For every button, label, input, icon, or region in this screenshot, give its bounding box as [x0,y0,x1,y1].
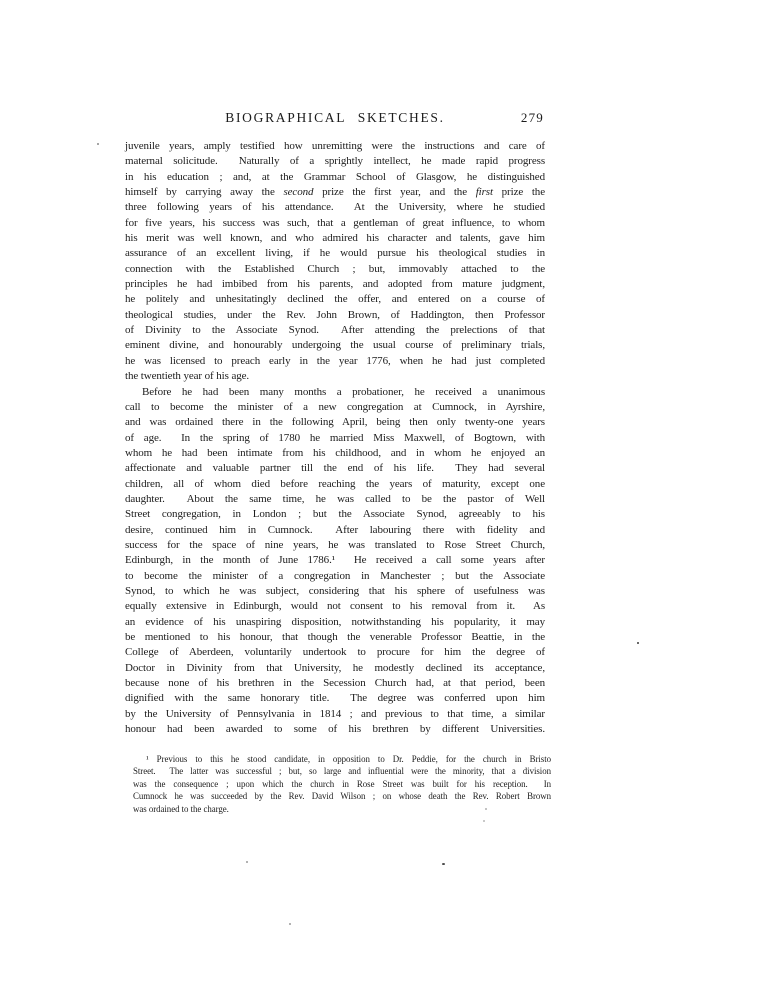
scan-speck [442,863,445,865]
text-line: Before he had been many months a probati… [125,385,545,400]
scan-speck [483,820,485,822]
text-line: himself by carrying away the second priz… [125,185,545,200]
scan-speck [289,923,291,925]
page-number: 279 [521,110,544,126]
book-page: BIOGRAPHICAL SKETCHES. 279 juvenile year… [0,0,782,1000]
text-line: he was licensed to preach early in the y… [125,354,545,369]
text-line: connection with the Established Church ;… [125,262,545,277]
text-line: Doctor in Divinity from that University,… [125,661,545,676]
page-header: BIOGRAPHICAL SKETCHES. 279 [125,110,545,127]
text-line: juvenile years, amply testified how unre… [125,139,545,154]
text-line: honour had been awarded to some of his b… [125,722,545,737]
text-line: theological studies, under the Rev. John… [125,308,545,323]
text-line: the twentieth year of his age. [125,369,545,384]
text-line: of Divinity to the Associate Synod. Afte… [125,323,545,338]
text-line: three following years of his attendance.… [125,200,545,215]
text-line: because none of his brethren in the Sece… [125,676,545,691]
text-line: for five years, his success was such, th… [125,216,545,231]
text-line: Street congregation, in London ; but the… [125,507,545,522]
text-line: Synod, to which he was subject, consider… [125,584,545,599]
text-line: and was ordained there in the following … [125,415,545,430]
text-line: equally extensive in Edinburgh, would no… [125,599,545,614]
scan-speck [246,861,248,863]
text-line: daughter. About the same time, he was ca… [125,492,545,507]
text-line: in his education ; and, at the Grammar S… [125,170,545,185]
text-line: College of Aberdeen, voluntarily underto… [125,645,545,660]
running-title: BIOGRAPHICAL SKETCHES. [125,110,545,126]
footnote: ¹ Previous to this he stood candidate, i… [133,753,551,815]
text-line: an evidence of his unaspiring dispositio… [125,615,545,630]
text-line: was ordained to the charge. [133,803,551,815]
text-line: by the University of Pennsylvania in 181… [125,707,545,722]
text-line: desire, continued him in Cumnock. After … [125,523,545,538]
text-line: his merit was well known, and who admire… [125,231,545,246]
text-line: whom he had been intimate from his child… [125,446,545,461]
text-line: maternal solicitude. Naturally of a spri… [125,154,545,169]
body-text: juvenile years, amply testified how unre… [125,139,545,737]
text-line: principles he had imbibed from his paren… [125,277,545,292]
text-line: dignified with the same honorary title. … [125,691,545,706]
text-line: call to become the minister of a new con… [125,400,545,415]
text-line: Cumnock he was succeeded by the Rev. Dav… [133,790,551,802]
text-line: was the consequence ; upon which the chu… [133,778,551,790]
text-line: Street. The latter was successful ; but,… [133,765,551,777]
text-line: affectionate and valuable partner till t… [125,461,545,476]
text-line: of age. In the spring of 1780 he married… [125,431,545,446]
text-line: eminent divine, and honourably undergoin… [125,338,545,353]
text-line: Edinburgh, in the month of June 1786.¹ H… [125,553,545,568]
scan-speck [97,143,99,145]
text-line: to become the minister of a congregation… [125,569,545,584]
text-line: he politely and unhesitatingly declined … [125,292,545,307]
text-line: ¹ Previous to this he stood candidate, i… [133,753,551,765]
scan-speck [637,642,639,644]
text-line: be mentioned to his honour, that though … [125,630,545,645]
text-line: assurance of an excellent living, if he … [125,246,545,261]
scan-speck [485,808,487,810]
text-line: children, all of whom died before reachi… [125,477,545,492]
text-line: success for the space of nine years, he … [125,538,545,553]
